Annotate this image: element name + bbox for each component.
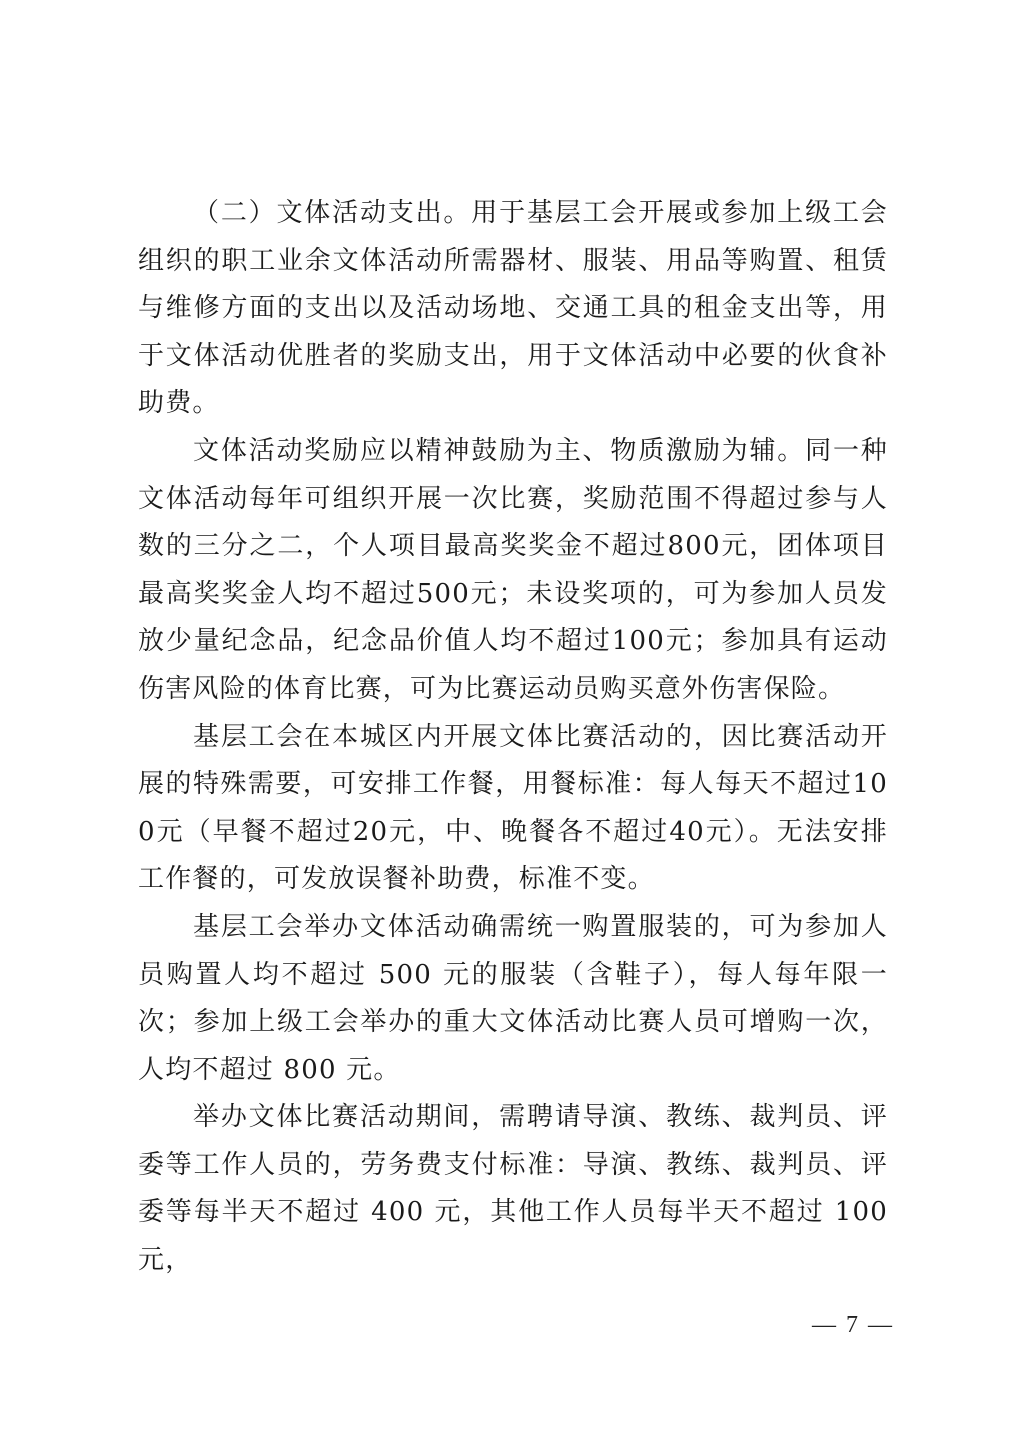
paragraph-meal-standards: 基层工会在本城区内开展文体比赛活动的，因比赛活动开展的特殊需要，可安排工作餐，用… [138, 714, 888, 904]
paragraph-awards-policy: 文体活动奖励应以精神鼓励为主、物质激励为辅。同一种文体活动每年可组织开展一次比赛… [138, 428, 888, 714]
page-number: — 7 — [812, 1312, 894, 1339]
paragraph-culture-sports-expenses: （二）文体活动支出。用于基层工会开展或参加上级工会组织的职工业余文体活动所需器材… [138, 190, 888, 428]
paragraph-labor-fees: 举办文体比赛活动期间，需聘请导演、教练、裁判员、评委等工作人员的，劳务费支付标准… [138, 1094, 888, 1284]
paragraph-clothing-purchase: 基层工会举办文体活动确需统一购置服装的，可为参加人员购置人均不超过 500 元的… [138, 904, 888, 1094]
document-body: （二）文体活动支出。用于基层工会开展或参加上级工会组织的职工业余文体活动所需器材… [138, 190, 888, 1285]
